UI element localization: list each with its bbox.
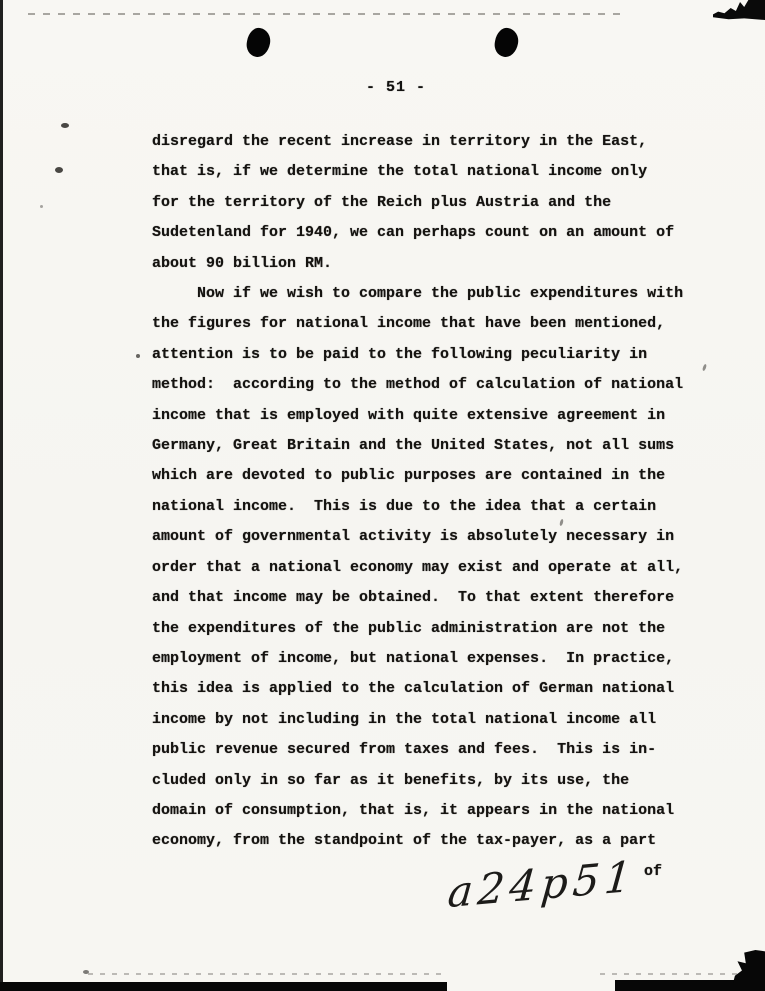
text-line: for the territory of the Reich plus Aust… — [152, 188, 727, 218]
text-line: the figures for national income that hav… — [152, 309, 727, 339]
scanned-document-page: - 51 - disregard the recent increase in … — [0, 0, 765, 991]
text-line: method: according to the method of calcu… — [152, 370, 727, 400]
scan-artifact-bottom-bar-left — [0, 982, 447, 991]
text-line: cluded only in so far as it benefits, by… — [152, 766, 727, 796]
scan-edge-line-left — [0, 0, 3, 991]
text-line: domain of consumption, that is, it appea… — [152, 796, 727, 826]
scan-artifact-top-right-blob — [713, 0, 765, 20]
text-line: income by not including in the total nat… — [152, 705, 727, 735]
continuation-word: of — [152, 857, 727, 887]
text-line: order that a national economy may exist … — [152, 553, 727, 583]
scan-speck — [55, 167, 63, 173]
text-line: employment of income, but national expen… — [152, 644, 727, 674]
body-text: disregard the recent increase in territo… — [152, 127, 727, 887]
text-line: economy, from the standpoint of the tax-… — [152, 826, 727, 856]
text-line: amount of governmental activity is absol… — [152, 522, 727, 552]
text-line: about 90 billion RM. — [152, 249, 727, 279]
scan-speck — [61, 123, 69, 128]
scan-speck — [40, 205, 43, 208]
scan-artifact-top-dashed-line — [28, 13, 625, 15]
text-line: Sudetenland for 1940, we can perhaps cou… — [152, 218, 727, 248]
text-line: and that income may be obtained. To that… — [152, 583, 727, 613]
text-line: this idea is applied to the calculation … — [152, 674, 727, 704]
text-line: that is, if we determine the total natio… — [152, 157, 727, 187]
scan-artifact-bottom-dashed-line — [600, 973, 740, 975]
text-line: income that is employed with quite exten… — [152, 401, 727, 431]
scan-artifact-bottom-dashed-line — [88, 973, 448, 975]
hole-punch-left — [245, 26, 273, 59]
text-line: Germany, Great Britain and the United St… — [152, 431, 727, 461]
scan-speck — [136, 354, 140, 358]
scan-artifact-bottom-right-blob — [733, 950, 765, 983]
text-line: public revenue secured from taxes and fe… — [152, 735, 727, 765]
text-line: which are devoted to public purposes are… — [152, 461, 727, 491]
paragraph-lines: disregard the recent increase in territo… — [152, 127, 727, 857]
text-line: the expenditures of the public administr… — [152, 614, 727, 644]
text-line: Now if we wish to compare the public exp… — [152, 279, 727, 309]
page-number: - 51 - — [366, 79, 426, 96]
text-line: attention is to be paid to the following… — [152, 340, 727, 370]
hole-punch-right — [493, 26, 521, 59]
text-line: national income. This is due to the idea… — [152, 492, 727, 522]
text-line: disregard the recent increase in territo… — [152, 127, 727, 157]
